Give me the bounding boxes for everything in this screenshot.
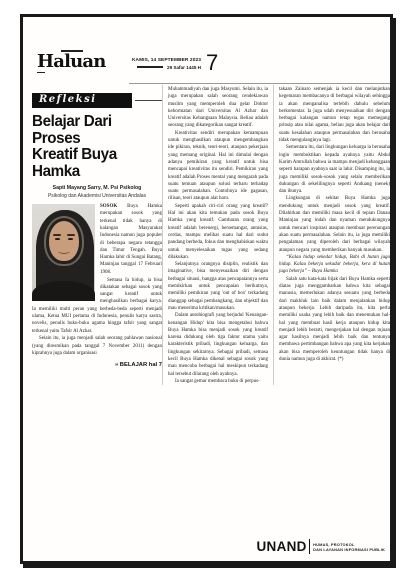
footer-tagline: HUMAS, PROTOKOL DAN LAYANAN INFORMASI PU… xyxy=(313,542,385,552)
footer-brand-block: UNAND HUMAS, PROTOKOL DAN LAYANAN INFORM… xyxy=(256,539,385,554)
byline-author: Sapti Mayang Sarry, M. Psi Psikolog xyxy=(32,185,162,192)
rubric-line xyxy=(135,100,162,101)
byline: Sapti Mayang Sarry, M. Psi Psikolog Psik… xyxy=(32,185,162,200)
unand-logo: UNAND xyxy=(256,540,306,554)
date-rule xyxy=(137,66,163,68)
article-paragraph: Kreativitas sendiri merupakan kemampuan … xyxy=(168,130,268,203)
date-line: KAMIS, 14 SEPTEMBER 2023 xyxy=(129,58,201,63)
byline-affiliation: Psikolog dan Akademisi Universitas Andal… xyxy=(32,193,162,200)
article-paragraph: Lingkungan di sekitar Buya Hamka juga me… xyxy=(279,195,390,253)
article-title-line2: Kreatif Buya Hamka xyxy=(32,146,117,180)
page-number: 7 xyxy=(206,52,218,74)
date-box: KAMIS, 14 SEPTEMBER 2023 29 Safar 1445 H xyxy=(129,58,201,70)
masthead-logo: Haluan xyxy=(37,53,106,71)
article-paragraph: Selanjutnya orangnya disiplin, realistik… xyxy=(168,261,268,312)
article-column-1: Refleksi Belajar Dari ProsesKreatif Buya… xyxy=(32,85,162,370)
article-column-3: takaan Zainaro semenjak ia kecil dan mel… xyxy=(274,85,390,363)
article-column-2: Muhammadiyah dan juga Masyumi. Selain it… xyxy=(162,85,274,385)
jump-reference: » BELAJAR hal 7 xyxy=(32,362,162,369)
header-rule xyxy=(129,83,390,84)
lead-word: SOSOK xyxy=(100,204,117,209)
article-paragraph: Sementara itu, dari lingkungan keluarga … xyxy=(279,144,390,195)
article-paragraph: Muhammadiyah dan juga Masyumi. Selain it… xyxy=(168,86,268,130)
rubric-banner: Refleksi xyxy=(32,93,132,108)
article-paragraph: Dalam autobiografi yang berjudul 'Kenang… xyxy=(168,312,268,378)
article-paragraph: Ia sangat gemar membaca buku di perpus- xyxy=(168,378,268,385)
footer-divider xyxy=(309,539,310,554)
article-paragraph: Salah satu kata-kata bijak dari Buya Ham… xyxy=(279,276,390,364)
article-paragraph: takaan Zainaro semenjak ia kecil dan mel… xyxy=(279,86,390,144)
author-photo xyxy=(32,204,95,301)
photo-face-shape xyxy=(49,221,79,261)
photo-shoulder-shape xyxy=(32,281,95,301)
article-columns: Refleksi Belajar Dari ProsesKreatif Buya… xyxy=(32,85,390,385)
footer-tagline-line2: DAN LAYANAN INFORMASI PUBLIK xyxy=(313,547,385,552)
article-title-line1: Belajar Dari Proses xyxy=(32,113,112,147)
screenshot-canvas: Haluan KAMIS, 14 SEPTEMBER 2023 29 Safar… xyxy=(0,0,414,585)
article-paragraph: Selain itu, ia juga menjadi salah seoran… xyxy=(32,335,162,357)
newspaper-page: Haluan KAMIS, 14 SEPTEMBER 2023 29 Safar… xyxy=(20,14,393,564)
hijri-date-row: 29 Safar 1445 H xyxy=(129,65,201,70)
article-title: Belajar Dari ProsesKreatif Buya Hamka xyxy=(32,114,159,180)
article-quote: “Kalau hidup sekedar hidup, Babi di huta… xyxy=(279,254,390,276)
rubric-row: Refleksi xyxy=(32,93,162,108)
article-paragraph: Seperti apakah ciri-ciri orang yang krea… xyxy=(168,203,268,261)
hijri-date: 29 Safar 1445 H xyxy=(167,65,201,70)
